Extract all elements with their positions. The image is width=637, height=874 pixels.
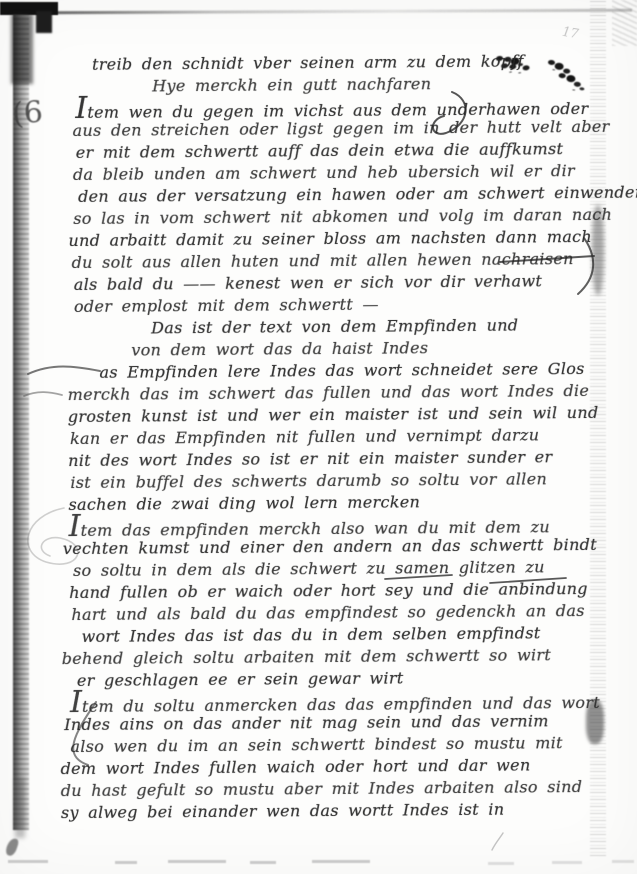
scan-corner-texture <box>612 0 637 46</box>
scan-dash <box>115 861 137 864</box>
scan-dash <box>250 861 276 864</box>
scan-edge-top <box>36 9 632 15</box>
manuscript-line: sy alweg bei einander wen das wortt Inde… <box>61 798 606 824</box>
manuscript-text: treib den schnidt vber seinen arm zu dem… <box>55 50 606 824</box>
manuscript-page: 17 (6 treib den schnidt vber seinen arm … <box>0 0 637 874</box>
folio-number: 17 <box>561 25 580 42</box>
margin-dash <box>24 392 62 396</box>
binding-shadow-left <box>13 14 29 830</box>
faint-pen-mark <box>492 833 503 850</box>
scan-corner-mark <box>4 837 19 857</box>
margin-mark: (6 <box>11 95 44 132</box>
scan-dash <box>8 860 48 863</box>
scan-dash <box>168 860 226 863</box>
scan-dash <box>612 860 634 863</box>
scan-dash <box>312 860 370 863</box>
scan-dash <box>552 861 582 864</box>
scan-dash <box>488 862 514 865</box>
